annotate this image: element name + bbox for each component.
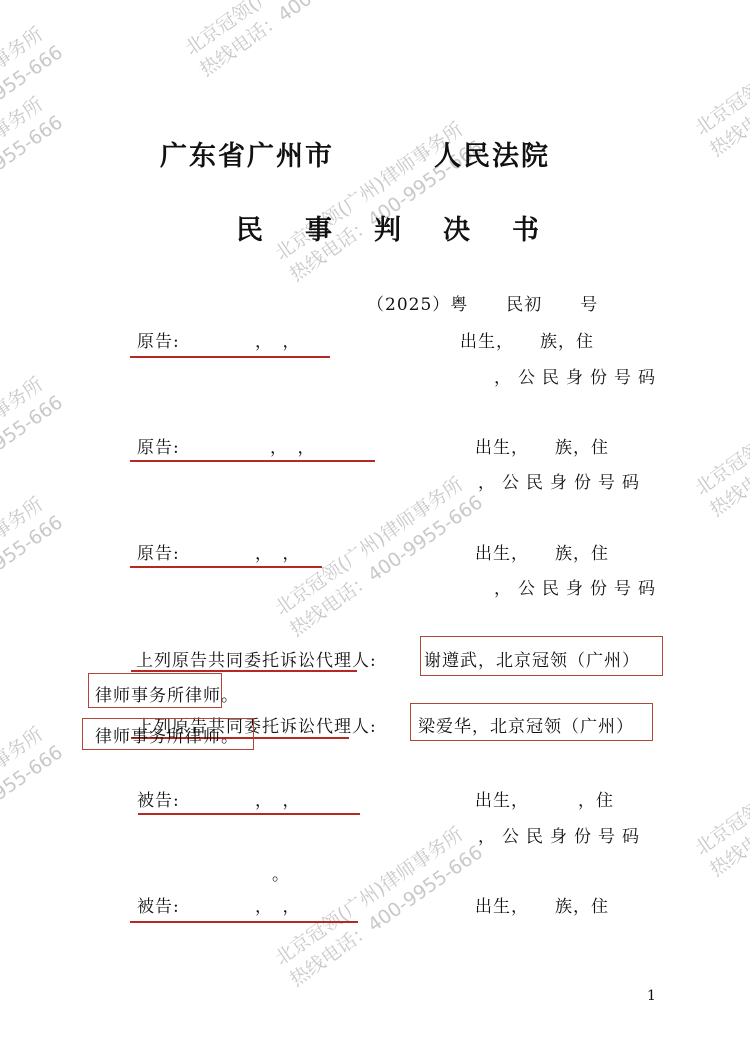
title-char: 书 (512, 215, 539, 246)
plaintiff-commas: ， ， (255, 539, 301, 564)
page-number: 1 (647, 988, 656, 1004)
title-char: 判 (374, 215, 401, 246)
defendant-commas: ， ， (255, 786, 301, 811)
watermark: 北京冠领(广州)律师事务所热线电话：400-9955-666 (0, 488, 68, 662)
plaintiff-id: ，公民身份号码 (494, 363, 662, 388)
agent-detail-cont: 律师事务所律师。 (95, 681, 239, 706)
plaintiff-id: ，公民身份号码 (478, 468, 646, 493)
case-number-middle: 民初 (506, 295, 542, 315)
plaintiff-ethnic: 族，住 (555, 433, 609, 458)
case-number-prefix: （2025）粤 (367, 295, 468, 315)
plaintiff-id: ，公民身份号码 (494, 574, 662, 599)
plaintiff-commas: ， ， (255, 327, 301, 352)
plaintiff-ethnic: 族，住 (555, 539, 609, 564)
agent-label: 上列原告共同委托诉讼代理人: (136, 646, 377, 671)
watermark: 北京冠领(广州)律师事务所热线电话：400-9955-666 (0, 368, 68, 542)
agent-detail: 梁爱华，北京冠领（广州） (418, 712, 634, 737)
watermark: 北京冠领(广州)律师事务所热线电话：400-9955-666 (690, 348, 750, 522)
plaintiff-ethnic: 族，住 (540, 327, 594, 352)
defendant-label: 被告: (137, 892, 180, 917)
red-underline (138, 813, 360, 815)
court-title-left: 广东省广州市 (160, 141, 334, 172)
red-underline (130, 921, 358, 923)
watermark: 北京冠领(广州)律师事务所热线电话：400-9955-666 (690, 708, 750, 882)
watermark: 北京冠领(广州)律师事务所热线电话：400-9955-666 (0, 88, 68, 262)
defendant-id: ，公民身份号码 (478, 822, 646, 847)
plaintiff-commas: ， ， (270, 433, 316, 458)
document-type-title: 民事判决书 (236, 208, 539, 247)
defendant-birth: 出生， (475, 892, 529, 917)
red-underline (130, 460, 375, 462)
defendant-end-mark: 。 (272, 860, 290, 885)
watermark: 北京冠领(广州)律师事务所热线电话：400-9955-666 (690, 0, 750, 163)
court-title: 广东省广州市人民法院 (160, 134, 550, 173)
defendant-ethnic: ，住 (578, 786, 614, 811)
plaintiff-birth: 出生， (475, 539, 529, 564)
watermark: 北京冠领(广州)律师事务所热线电话：400-9955-666 (270, 818, 488, 992)
watermark: 北京冠领(广州)律师事务所热线电话：400-9955-666 (0, 718, 68, 892)
title-char: 民 (236, 215, 263, 246)
red-underline (130, 356, 330, 358)
red-underline (130, 566, 322, 568)
plaintiff-label: 原告: (137, 327, 180, 352)
plaintiff-birth: 出生， (475, 433, 529, 458)
defendant-label: 被告: (137, 786, 180, 811)
plaintiff-label: 原告: (137, 433, 180, 458)
title-char: 事 (305, 215, 332, 246)
plaintiff-birth: 出生， (460, 327, 514, 352)
title-char: 决 (443, 215, 470, 246)
red-underline (131, 670, 357, 672)
watermark: 北京冠领(广州)律师事务所热线电话：400-9955-666 (270, 468, 488, 642)
agent-detail: 谢遵武，北京冠领（广州） (424, 646, 640, 671)
court-title-right: 人民法院 (434, 141, 550, 172)
plaintiff-label: 原告: (137, 539, 180, 564)
watermark: 北京冠领(广州)律师事务所热线电话：400-9955-666 (0, 18, 68, 192)
case-number-suffix: 号 (580, 295, 598, 315)
agent-detail-cont: 律师事务所律师。 (95, 722, 239, 747)
defendant-ethnic: 族，住 (555, 892, 609, 917)
defendant-commas: ， ， (255, 892, 301, 917)
defendant-birth: 出生， (475, 786, 529, 811)
watermark: 北京冠领(广州)律师事务所热线电话：400-9955-666 (180, 0, 398, 83)
case-number: （2025）粤民初号 (367, 290, 598, 315)
